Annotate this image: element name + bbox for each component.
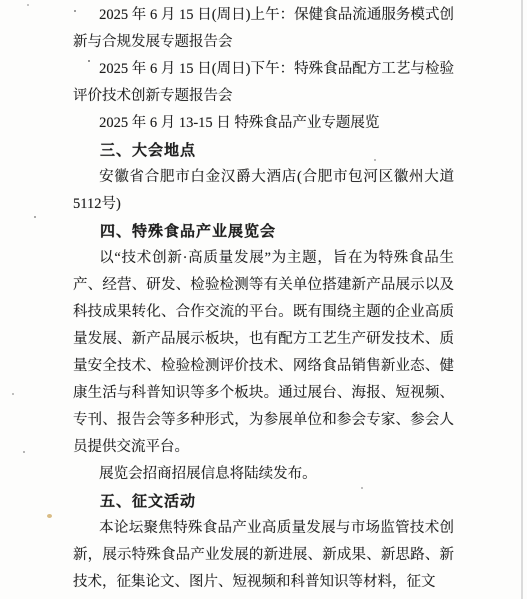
scan-speck-yellow [47,514,52,518]
scan-speck [374,159,376,161]
venue-address: 安徽省合肥市白金汉爵大酒店(合肥市包河区徽州大道5112号) [73,164,454,218]
scan-speck [12,393,14,395]
schedule-item-exhibition-dates: 2025 年 6 月 13-15 日 特殊食品产业专题展览 [73,110,454,137]
scan-speck [23,451,25,453]
call-for-papers-intro: 本论坛聚焦特殊食品产业高质量发展与市场监管技术创新，展示特殊食品产业发展的新进展… [73,515,454,596]
section-heading-call-for-papers: 五、征文活动 [73,488,454,515]
section-heading-exhibition: 四、特殊食品产业展览会 [73,218,454,245]
exhibition-notice: 展览会招商招展信息将陆续发布。 [73,461,454,488]
scan-speck [361,487,363,489]
schedule-item-afternoon-report: 2025 年 6 月 15 日(周日)下午：特殊食品配方工艺与检验评价技术创新专… [73,56,454,110]
scanned-document-page: 2025 年 6 月 15 日(周日)上午：保健食品流通服务模式创新与合规发展专… [0,0,527,599]
exhibition-description: 以“技术创新·高质量发展”为主题，旨在为特殊食品生产、经营、研发、检验检测等有关… [73,245,454,461]
section-heading-venue: 三、大会地点 [73,137,454,164]
scan-edge-line [521,0,523,599]
scan-speck [88,60,90,62]
scan-speck [378,6,380,8]
scan-speck [27,4,29,6]
scan-speck [74,10,76,12]
scan-speck [34,216,36,218]
schedule-item-morning-report: 2025 年 6 月 15 日(周日)上午：保健食品流通服务模式创新与合规发展专… [73,2,454,56]
document-content: 2025 年 6 月 15 日(周日)上午：保健食品流通服务模式创新与合规发展专… [73,2,454,596]
